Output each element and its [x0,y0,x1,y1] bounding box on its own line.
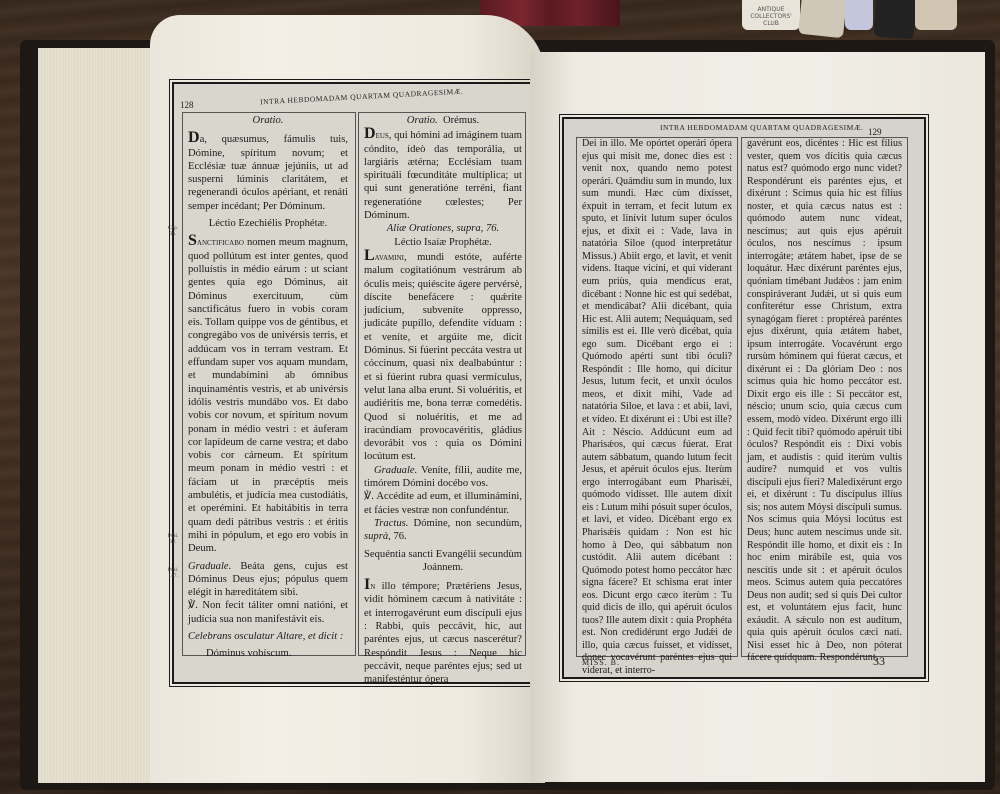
graduale: Graduale. Beáta gens, cujus est Dóminus … [188,560,348,600]
running-head-right: INTRA HEBDOMADAM QUARTAM QUADRAGESIMÆ. [660,123,863,132]
background-box [874,0,917,39]
oremus: Orémus. [443,115,479,126]
tractus-ref: suprà [364,531,388,542]
drop-cap: D [364,125,376,142]
page-edges [38,48,158,783]
box-label: ANTIQUE COLLECTORS' CLUB [742,0,800,27]
gospel-text: In illo témpore; Prætériens Jesus, vidit… [364,578,522,686]
background-box [798,0,847,38]
background-box [845,0,873,30]
right-column-1: Dei in illo. Me opórtet operári ópera ej… [576,138,738,678]
oratio-heading-row: Oratio. Orémus. [364,114,522,127]
versicle: ℣. Non fecit táliter omni natióni, et ju… [188,599,348,626]
folio-number: 33 [873,654,885,669]
margin-note: Psal. 32. [166,533,180,545]
oratio-text: Da, quæsumus, fámulis tuis, Dómine, spír… [188,131,348,213]
tractus-body: Dómine, non secundùm, [408,518,522,529]
oratio-body: , qui hómini ad imáginem tuam cóndito, í… [364,130,522,221]
lectio-body: nomen meum magnum, quod pollútum est int… [188,237,348,554]
background-box [915,0,957,30]
margin-note: Psal. 147. [166,567,180,579]
small-caps: avamini [375,252,404,263]
aliae-orationes: Aliæ Orationes, supra, 76. [364,222,522,235]
oratio-heading: Oratio. [188,114,348,127]
drop-cap: S [188,232,197,249]
margin-note: Cap. 36. [166,225,180,237]
oratio-body: a, quæsumus, fámulis tuis, Dómine, spíri… [188,134,348,211]
lectio-text: Lavamini, mundi estóte, auférte malum co… [364,249,522,464]
gospel-body: illo témpore; Prætériens Jesus, vidit hó… [364,581,522,685]
dominus-vobiscum: Dóminus vobíscum. [188,647,348,660]
drop-cap: L [364,247,375,264]
lectio-text: Sanctificabo nomen meum magnum, quod pol… [188,234,348,555]
sequentia-title: Sequéntia sancti Evangélii secundùm Joán… [364,548,522,575]
page-number-left: 128 [180,100,194,110]
lectio-title: Léctio Isaíæ Prophétæ. [364,236,522,249]
left-column-2: Oratio. Orémus. Deus, qui hómini ad imág… [358,114,528,686]
graduale: Graduale. Veníte, fílii, audíte me, timó… [364,464,522,491]
left-column-1: Oratio. Da, quæsumus, fámulis tuis, Dómi… [182,114,354,661]
lectio-body: , mundi estóte, auférte malum cogitatión… [364,252,522,462]
versicle: ℣. Accédite ad eum, et illuminámini, et … [364,490,522,517]
tractus-label: Tractus. [374,518,408,529]
small-caps: eus [376,130,389,141]
right-column-2: gavérunt eos, dicéntes : Hic est fílius … [741,138,908,665]
oratio-heading: Oratio. [407,115,438,126]
lectio-title: Léctio Ezechiélis Prophétæ. [188,217,348,230]
tractus-num: , 76. [388,531,407,542]
tractus: Tractus. Dómine, non secundùm, suprà, 76… [364,517,522,544]
drop-cap: D [188,129,200,146]
graduale-label: Graduale. [374,465,417,476]
page-number-right: 129 [868,127,882,137]
rubric: Celebrans osculatur Altare, et dicit : [188,630,348,643]
signature-mark: MISS. B. [582,658,620,667]
small-caps: anctificabo [197,237,244,248]
background-box: ANTIQUE COLLECTORS' CLUB [742,0,800,30]
graduale-label: Graduale. [188,561,231,572]
oratio-text: Deus, qui hómini ad imáginem tuam cóndit… [364,127,522,222]
